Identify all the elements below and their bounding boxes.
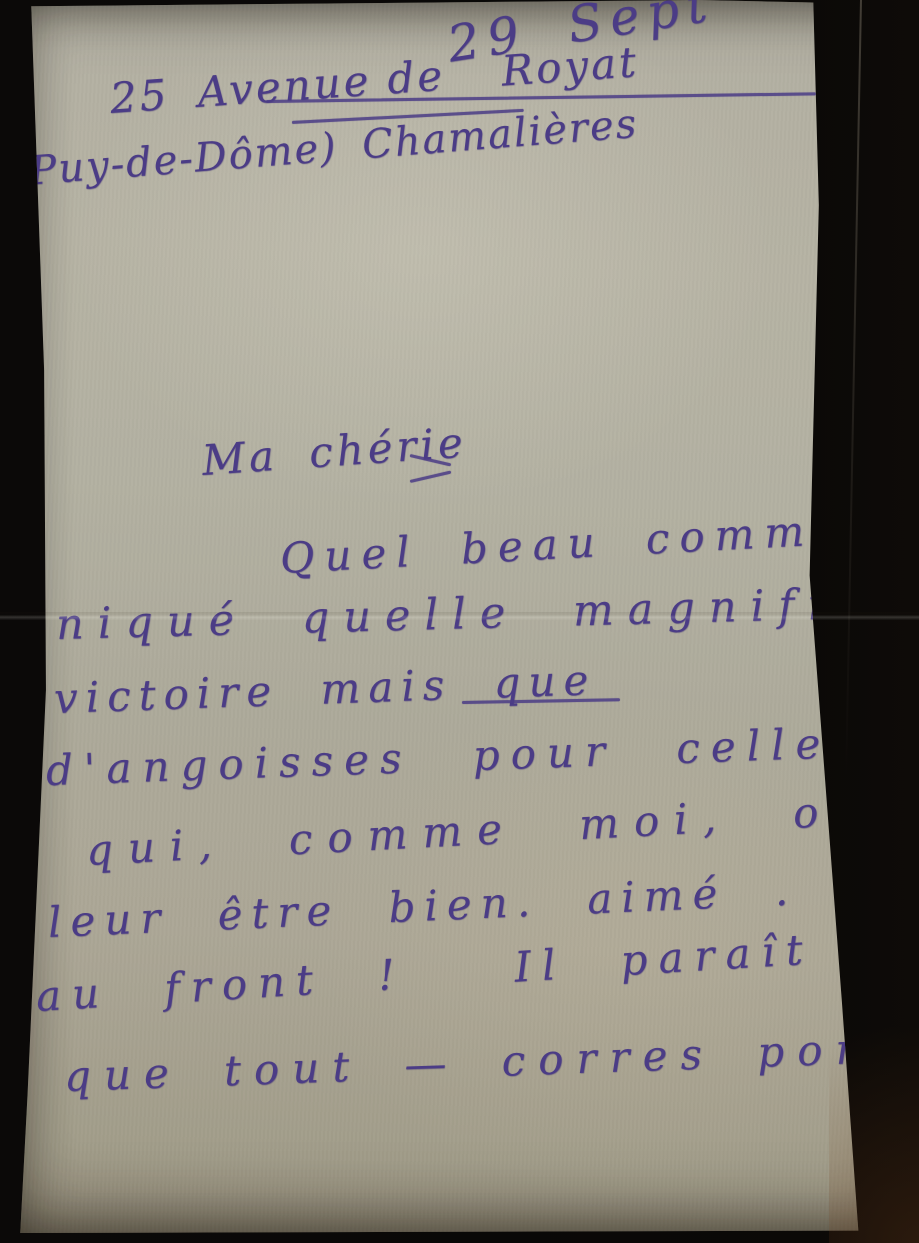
fold-crease [0, 612, 919, 620]
background-seam [845, 0, 862, 780]
body-line-4: d'angoisses pour celles [45, 717, 865, 795]
address-struck-text: de Royat [386, 37, 641, 103]
body-line-8: que tout — corres pondan. [63, 1019, 919, 1101]
salutation-flourish-stroke-2 [410, 471, 451, 483]
body-line-3: victoire mais que [53, 655, 597, 723]
locality-line: (Puy-de-Dôme) Chamalières [10, 101, 640, 196]
body-line-1: Quel beau commu- [279, 503, 877, 583]
body-line-5: qui, comme moi, ont [85, 783, 909, 875]
corner-light-leak [829, 943, 919, 1243]
address-prefix: 25 Avenue [108, 56, 373, 123]
paper-sheet: 29 Sept 25 Avenuede Royat (Puy-de-Dôme) … [0, 0, 919, 1243]
letter-photograph: 29 Sept 25 Avenuede Royat (Puy-de-Dôme) … [0, 0, 919, 1243]
